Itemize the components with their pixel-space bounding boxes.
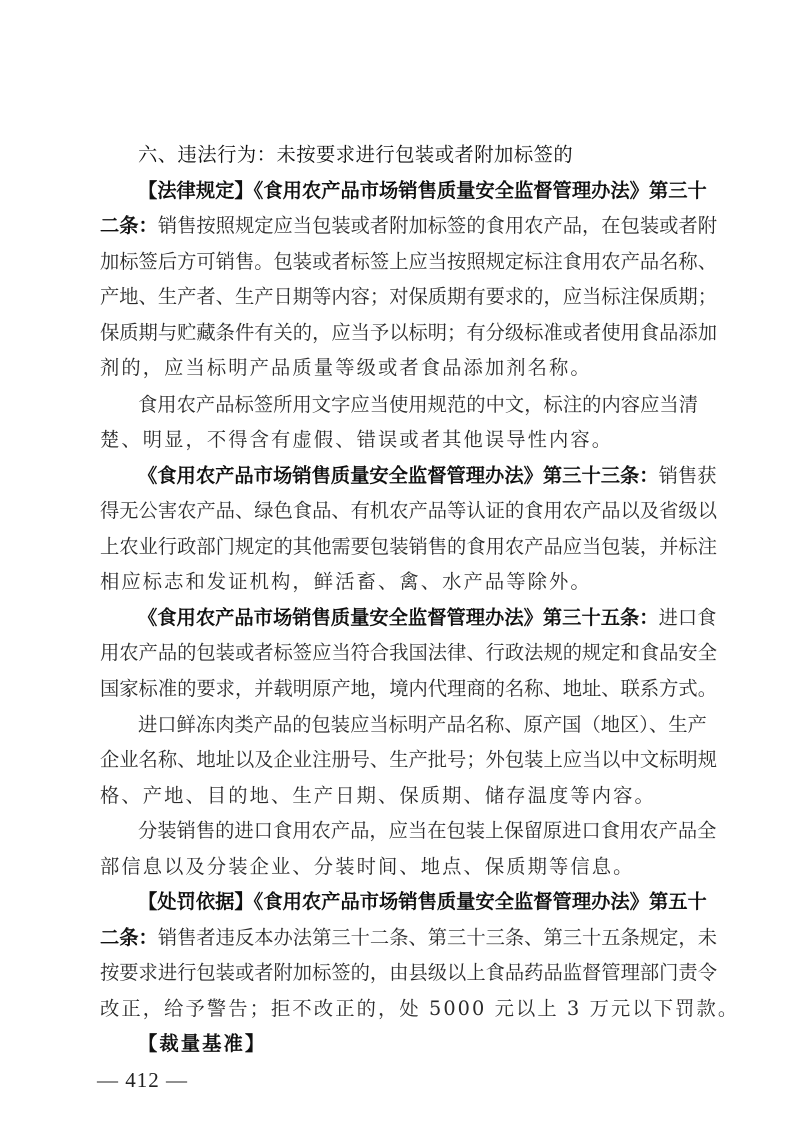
body-line: 剂的，应当标明产品质量等级或者食品添加剂名称。 [100,351,698,385]
body-text: 销售按照规定应当包装或者附加标签的食用农产品，在包装或者附 [158,214,717,237]
body-text: 销售获 [659,464,717,487]
body-line: 分装销售的进口食用农产品，应当在包装上保留原进口食用农产品全 [138,814,698,848]
body-line: 按要求进行包装或者附加标签的，由县级以上食品药品监督管理部门责令 [100,956,698,990]
body-line: 用农产品的包装或者标签应当符合我国法律、行政法规的规定和食品安全 [100,636,698,670]
discretion-standard-label: 【裁量基准】 [138,1032,266,1055]
discretion-standard-heading: 【裁量基准】 [138,1027,698,1061]
body-line: 部信息以及分装企业、分装时间、地点、保质期等信息。 [100,850,698,884]
body-line: 企业名称、地址以及企业注册号、生产批号；外包装上应当以中文标明规 [100,743,698,777]
page-number: — 412 — [97,1068,188,1093]
document-page: 六、违法行为：未按要求进行包装或者附加标签的 【法律规定】《食用农产品市场销售质… [0,0,793,1122]
body-line: 食用农产品标签所用文字应当使用规范的中文，标注的内容应当清 [138,388,698,422]
penalty-reference: 《食用农产品市场销售质量安全监督管理办法》第五十 [254,890,707,913]
body-line: 国家标准的要求，并载明原产地，境内代理商的名称、地址、联系方式。 [100,672,698,706]
body-line: 保质期与贮藏条件有关的，应当予以标明；有分级标准或者使用食品添加 [100,316,698,350]
body-text: 进口食 [659,606,717,629]
legal-provision-label: 【法律规定】 [138,179,254,202]
body-line: 得无公害农产品、绿色食品、有机农产品等认证的食用农产品以及省级以 [100,494,698,528]
law-reference: 《食用农产品市场销售质量安全监督管理办法》第三十 [254,179,707,202]
law-reference-cont: 二条： [100,214,158,237]
body-line: 改正，给予警告；拒不改正的，处 5000 元以上 3 万元以下罚款。 [100,992,698,1026]
body-line: 楚、明显，不得含有虚假、错误或者其他误导性内容。 [100,423,698,457]
penalty-reference-cont: 二条： [100,926,158,949]
penalty-basis-label: 【处罚依据】 [138,890,254,913]
legal-provision-line-2: 二条：销售按照规定应当包装或者附加标签的食用农产品，在包装或者附 [100,209,698,243]
body-line: 进口鲜冻肉类产品的包装应当标明产品名称、原产国（地区）、生产 [138,708,698,742]
body-line: 上农业行政部门规定的其他需要包装销售的食用农产品应当包装，并标注 [100,530,698,564]
article-35-line-1: 《食用农产品市场销售质量安全监督管理办法》第三十五条：进口食 [138,601,698,635]
article-33-line-1: 《食用农产品市场销售质量安全监督管理办法》第三十三条：销售获 [138,459,698,493]
body-line: 加标签后方可销售。包装或者标签上应当按照规定标注食用农产品名称、 [100,245,698,279]
article-33-reference: 《食用农产品市场销售质量安全监督管理办法》第三十三条： [138,464,659,487]
body-text: 销售者违反本办法第三十二条、第三十三条、第三十五条规定，未 [158,926,717,949]
section-heading: 六、违法行为：未按要求进行包装或者附加标签的 [138,138,698,172]
penalty-basis-line-2: 二条：销售者违反本办法第三十二条、第三十三条、第三十五条规定，未 [100,921,698,955]
body-line: 格、产地、目的地、生产日期、保质期、储存温度等内容。 [100,779,698,813]
penalty-basis-line-1: 【处罚依据】《食用农产品市场销售质量安全监督管理办法》第五十 [138,885,698,919]
body-line: 产地、生产者、生产日期等内容；对保质期有要求的，应当标注保质期； [100,280,698,314]
legal-provision-line-1: 【法律规定】《食用农产品市场销售质量安全监督管理办法》第三十 [138,174,698,208]
article-35-reference: 《食用农产品市场销售质量安全监督管理办法》第三十五条： [138,606,659,629]
body-line: 相应标志和发证机构，鲜活畜、禽、水产品等除外。 [100,565,698,599]
